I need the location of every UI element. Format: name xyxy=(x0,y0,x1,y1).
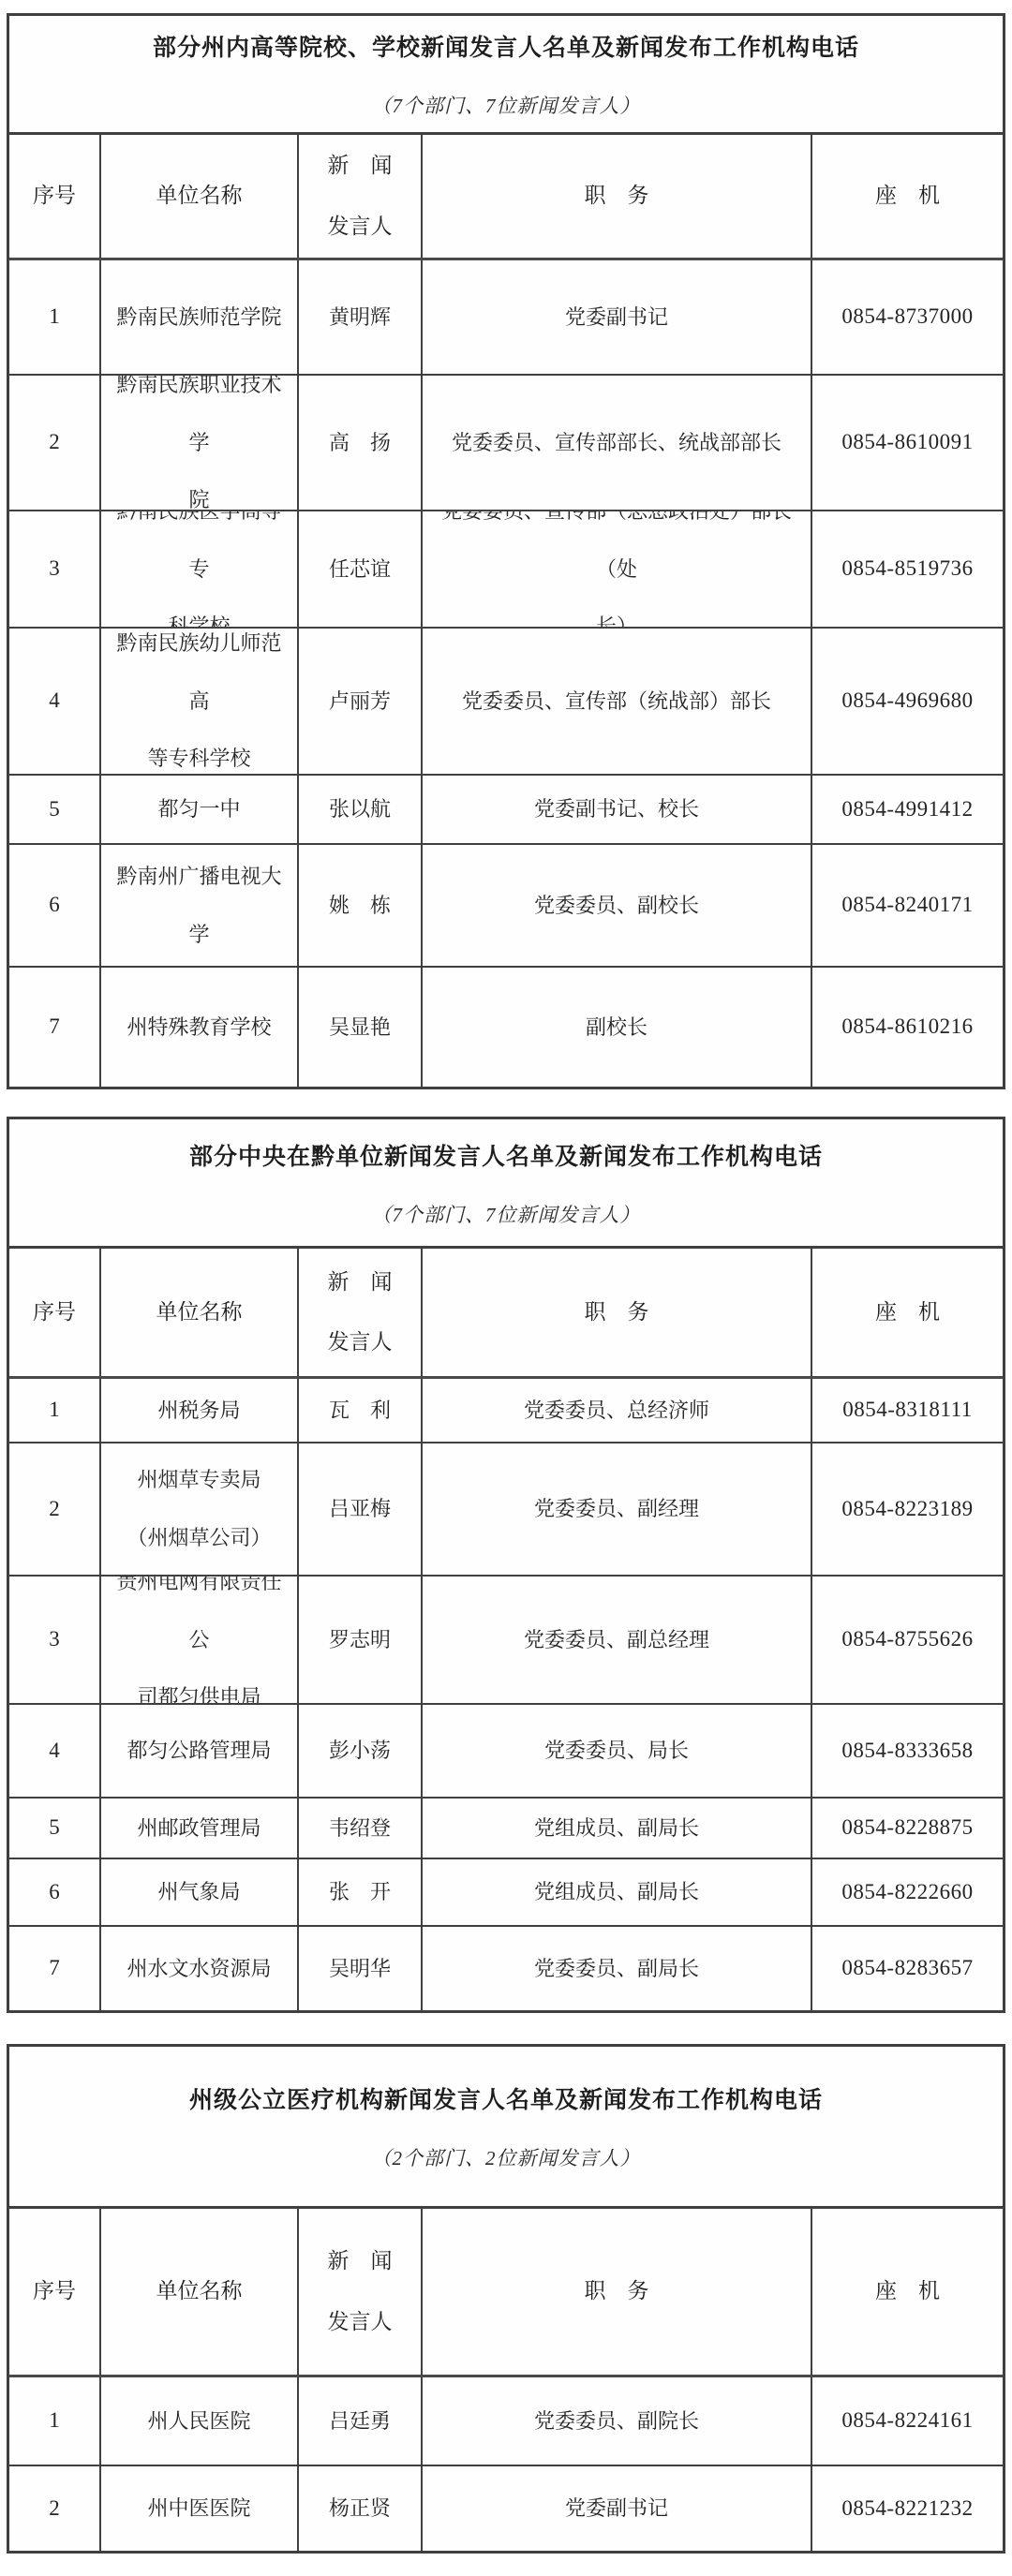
table-row: 6 州气象局 张 开 党组成员、副局长 0854-8222660 xyxy=(9,1859,1003,1927)
cell-speaker: 张以航 xyxy=(299,776,423,843)
cell-phone: 0854-8333658 xyxy=(812,1705,1003,1797)
cell-phone: 0854-8755626 xyxy=(812,1577,1003,1703)
cell-unit: 黔南州广播电视大学 xyxy=(101,845,299,966)
header-cell-index: 序号 xyxy=(9,2209,101,2375)
table-section: 州级公立医疗机构新闻发言人名单及新闻发布工作机构电话 （2个部门、2位新闻发言人… xyxy=(7,2044,1005,2554)
cell-position: 党组成员、副局长 xyxy=(423,1859,812,1925)
cell-unit: 黔南民族幼儿师范高 等专科学校 xyxy=(101,629,299,774)
cell-speaker: 姚 栋 xyxy=(299,845,423,966)
cell-position: 副校长 xyxy=(423,968,812,1087)
cell-position: 党委委员、副总经理 xyxy=(423,1577,812,1703)
cell-index: 2 xyxy=(9,376,101,510)
cell-unit: 都匀一中 xyxy=(101,776,299,843)
cell-phone: 0854-8519736 xyxy=(812,511,1003,627)
table-row: 6 黔南州广播电视大学 姚 栋 党委委员、副校长 0854-8240171 xyxy=(9,845,1003,968)
table-row: 7 州水文水资源局 吴明华 党委委员、副局长 0854-8283657 xyxy=(9,1927,1003,2010)
table-row: 2 黔南民族职业技术学 院 高 扬 党委委员、宣传部部长、统战部部长 0854-… xyxy=(9,376,1003,511)
cell-index: 7 xyxy=(9,1927,101,2010)
title-block: 州级公立医疗机构新闻发言人名单及新闻发布工作机构电话 （2个部门、2位新闻发言人… xyxy=(9,2047,1003,2209)
table-section: 部分中央在黔单位新闻发言人名单及新闻发布工作机构电话 （7个部门、7位新闻发言人… xyxy=(7,1117,1005,2013)
cell-speaker: 吴明华 xyxy=(299,1927,423,2010)
cell-position: 党委委员、宣传部部长、统战部部长 xyxy=(423,376,812,510)
cell-position: 党委委员、副院长 xyxy=(423,2377,812,2465)
header-cell-unit: 单位名称 xyxy=(101,135,299,258)
table-row: 1 黔南民族师范学院 黄明辉 党委副书记 0854-8737000 xyxy=(9,260,1003,376)
cell-position: 党委委员、副局长 xyxy=(423,1927,812,2010)
table-section: 部分州内高等院校、学校新闻发言人名单及新闻发布工作机构电话 （7个部门、7位新闻… xyxy=(7,13,1005,1089)
title-block: 部分州内高等院校、学校新闻发言人名单及新闻发布工作机构电话 （7个部门、7位新闻… xyxy=(9,16,1003,135)
cell-position: 党委委员、宣传部（统战部）部长 xyxy=(423,629,812,774)
header-cell-unit: 单位名称 xyxy=(101,2209,299,2375)
cell-unit: 黔南民族医学高等专 科学校 xyxy=(101,511,299,627)
cell-index: 2 xyxy=(9,2466,101,2551)
table-row: 3 黔南民族医学高等专 科学校 任芯谊 党委委员、宣传部（思想政治处）部长（处 … xyxy=(9,511,1003,629)
header-cell-speaker: 新 闻 发言人 xyxy=(299,2209,423,2375)
header-cell-position: 职 务 xyxy=(423,2209,812,2375)
cell-unit: 州人民医院 xyxy=(101,2377,299,2465)
header-cell-speaker: 新 闻 发言人 xyxy=(299,135,423,258)
cell-unit: 都匀公路管理局 xyxy=(101,1705,299,1797)
cell-speaker: 韦绍登 xyxy=(299,1799,423,1858)
cell-speaker: 罗志明 xyxy=(299,1577,423,1703)
table-subtitle: （2个部门、2位新闻发言人） xyxy=(372,2143,641,2171)
header-row: 序号 单位名称 新 闻 发言人 职 务 座 机 xyxy=(9,1249,1003,1379)
cell-unit: 州税务局 xyxy=(101,1379,299,1442)
cell-position: 党委副书记 xyxy=(423,2466,812,2551)
table-title: 州级公立医疗机构新闻发言人名单及新闻发布工作机构电话 xyxy=(189,2081,823,2115)
cell-phone: 0854-8610216 xyxy=(812,968,1003,1087)
cell-phone: 0854-8283657 xyxy=(812,1927,1003,2010)
header-cell-phone: 座 机 xyxy=(812,1249,1003,1376)
table-row: 7 州特殊教育学校 吴显艳 副校长 0854-8610216 xyxy=(9,968,1003,1087)
cell-phone: 0854-4991412 xyxy=(812,776,1003,843)
cell-phone: 0854-8222660 xyxy=(812,1859,1003,1925)
cell-speaker: 张 开 xyxy=(299,1859,423,1925)
header-cell-phone: 座 机 xyxy=(812,135,1003,258)
cell-speaker: 高 扬 xyxy=(299,376,423,510)
table-row: 3 贵州电网有限责任公 司都匀供电局 罗志明 党委委员、副总经理 0854-87… xyxy=(9,1577,1003,1705)
cell-speaker: 瓦 利 xyxy=(299,1379,423,1442)
cell-unit: 州水文水资源局 xyxy=(101,1927,299,2010)
cell-position: 党委副书记、校长 xyxy=(423,776,812,843)
cell-speaker: 吕廷勇 xyxy=(299,2377,423,2465)
cell-index: 6 xyxy=(9,845,101,966)
cell-position: 党委委员、副经理 xyxy=(423,1443,812,1575)
cell-index: 4 xyxy=(9,629,101,774)
cell-index: 5 xyxy=(9,776,101,843)
cell-index: 2 xyxy=(9,1443,101,1575)
table-row: 1 州税务局 瓦 利 党委委员、总经济师 0854-8318111 xyxy=(9,1379,1003,1443)
header-row: 序号 单位名称 新 闻 发言人 职 务 座 机 xyxy=(9,2209,1003,2377)
cell-phone: 0854-8318111 xyxy=(812,1379,1003,1442)
cell-unit: 州特殊教育学校 xyxy=(101,968,299,1087)
table-subtitle: （7个部门、7位新闻发言人） xyxy=(372,91,641,119)
header-cell-index: 序号 xyxy=(9,1249,101,1376)
header-cell-speaker: 新 闻 发言人 xyxy=(299,1249,423,1376)
table-row: 1 州人民医院 吕廷勇 党委委员、副院长 0854-8224161 xyxy=(9,2377,1003,2466)
page: 部分州内高等院校、学校新闻发言人名单及新闻发布工作机构电话 （7个部门、7位新闻… xyxy=(0,0,1012,2576)
cell-unit: 州中医医院 xyxy=(101,2466,299,2551)
table-row: 2 州烟草专卖局 （州烟草公司） 吕亚梅 党委委员、副经理 0854-82231… xyxy=(9,1443,1003,1577)
header-row: 序号 单位名称 新 闻 发言人 职 务 座 机 xyxy=(9,135,1003,260)
cell-unit: 州邮政管理局 xyxy=(101,1799,299,1858)
cell-phone: 0854-8610091 xyxy=(812,376,1003,510)
cell-index: 7 xyxy=(9,968,101,1087)
cell-index: 3 xyxy=(9,1577,101,1703)
cell-speaker: 卢丽芳 xyxy=(299,629,423,774)
table-row: 4 黔南民族幼儿师范高 等专科学校 卢丽芳 党委委员、宣传部（统战部）部长 08… xyxy=(9,629,1003,776)
table-subtitle: （7个部门、7位新闻发言人） xyxy=(372,1200,641,1228)
cell-index: 3 xyxy=(9,511,101,627)
cell-unit: 州烟草专卖局 （州烟草公司） xyxy=(101,1443,299,1575)
cell-unit: 贵州电网有限责任公 司都匀供电局 xyxy=(101,1577,299,1703)
table-title: 部分中央在黔单位新闻发言人名单及新闻发布工作机构电话 xyxy=(189,1138,823,1172)
header-cell-phone: 座 机 xyxy=(812,2209,1003,2375)
cell-position: 党委委员、宣传部（思想政治处）部长（处 长） xyxy=(423,511,812,627)
cell-position: 党委委员、副校长 xyxy=(423,845,812,966)
cell-phone: 0854-8737000 xyxy=(812,260,1003,374)
table-row: 5 都匀一中 张以航 党委副书记、校长 0854-4991412 xyxy=(9,776,1003,845)
cell-index: 1 xyxy=(9,2377,101,2465)
cell-position: 党组成员、副局长 xyxy=(423,1799,812,1858)
table-title: 部分州内高等院校、学校新闻发言人名单及新闻发布工作机构电话 xyxy=(153,29,859,63)
cell-index: 5 xyxy=(9,1799,101,1858)
cell-unit: 州气象局 xyxy=(101,1859,299,1925)
cell-unit: 黔南民族师范学院 xyxy=(101,260,299,374)
cell-position: 党委委员、局长 xyxy=(423,1705,812,1797)
cell-speaker: 吴显艳 xyxy=(299,968,423,1087)
header-cell-position: 职 务 xyxy=(423,135,812,258)
header-cell-index: 序号 xyxy=(9,135,101,258)
cell-phone: 0854-4969680 xyxy=(812,629,1003,774)
table-row: 4 都匀公路管理局 彭小荡 党委委员、局长 0854-8333658 xyxy=(9,1705,1003,1799)
table-row: 5 州邮政管理局 韦绍登 党组成员、副局长 0854-8228875 xyxy=(9,1799,1003,1859)
cell-position: 党委副书记 xyxy=(423,260,812,374)
cell-phone: 0854-8224161 xyxy=(812,2377,1003,2465)
cell-index: 1 xyxy=(9,1379,101,1442)
cell-phone: 0854-8223189 xyxy=(812,1443,1003,1575)
cell-phone: 0854-8221232 xyxy=(812,2466,1003,2551)
cell-speaker: 任芯谊 xyxy=(299,511,423,627)
cell-index: 6 xyxy=(9,1859,101,1925)
cell-speaker: 彭小荡 xyxy=(299,1705,423,1797)
cell-index: 1 xyxy=(9,260,101,374)
title-block: 部分中央在黔单位新闻发言人名单及新闻发布工作机构电话 （7个部门、7位新闻发言人… xyxy=(9,1119,1003,1249)
cell-speaker: 黄明辉 xyxy=(299,260,423,374)
cell-position: 党委委员、总经济师 xyxy=(423,1379,812,1442)
header-cell-position: 职 务 xyxy=(423,1249,812,1376)
cell-speaker: 杨正贤 xyxy=(299,2466,423,2551)
cell-index: 4 xyxy=(9,1705,101,1797)
cell-unit: 黔南民族职业技术学 院 xyxy=(101,376,299,510)
cell-speaker: 吕亚梅 xyxy=(299,1443,423,1575)
header-cell-unit: 单位名称 xyxy=(101,1249,299,1376)
table-row: 2 州中医医院 杨正贤 党委副书记 0854-8221232 xyxy=(9,2466,1003,2551)
cell-phone: 0854-8240171 xyxy=(812,845,1003,966)
cell-phone: 0854-8228875 xyxy=(812,1799,1003,1858)
